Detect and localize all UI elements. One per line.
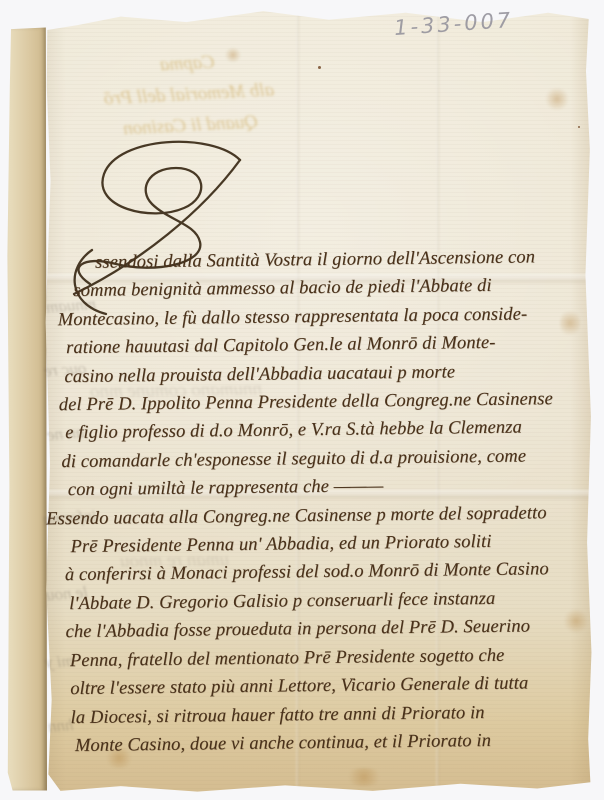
foxing-stain — [344, 768, 384, 786]
manuscript-text-block: ssendosi dalla Santità Vostra il giorno … — [55, 243, 589, 761]
foxing-stain — [544, 88, 570, 110]
manuscript-scan: 1-33-007 Capma alb Memorial dell Prō Qua… — [0, 0, 604, 800]
ink-speck — [318, 66, 321, 69]
underlying-leaf-edge — [7, 26, 47, 792]
verso-showthrough-block: Capma alb Memorial dell Prō Quand li Cas… — [62, 42, 317, 148]
ink-speck — [578, 126, 580, 128]
